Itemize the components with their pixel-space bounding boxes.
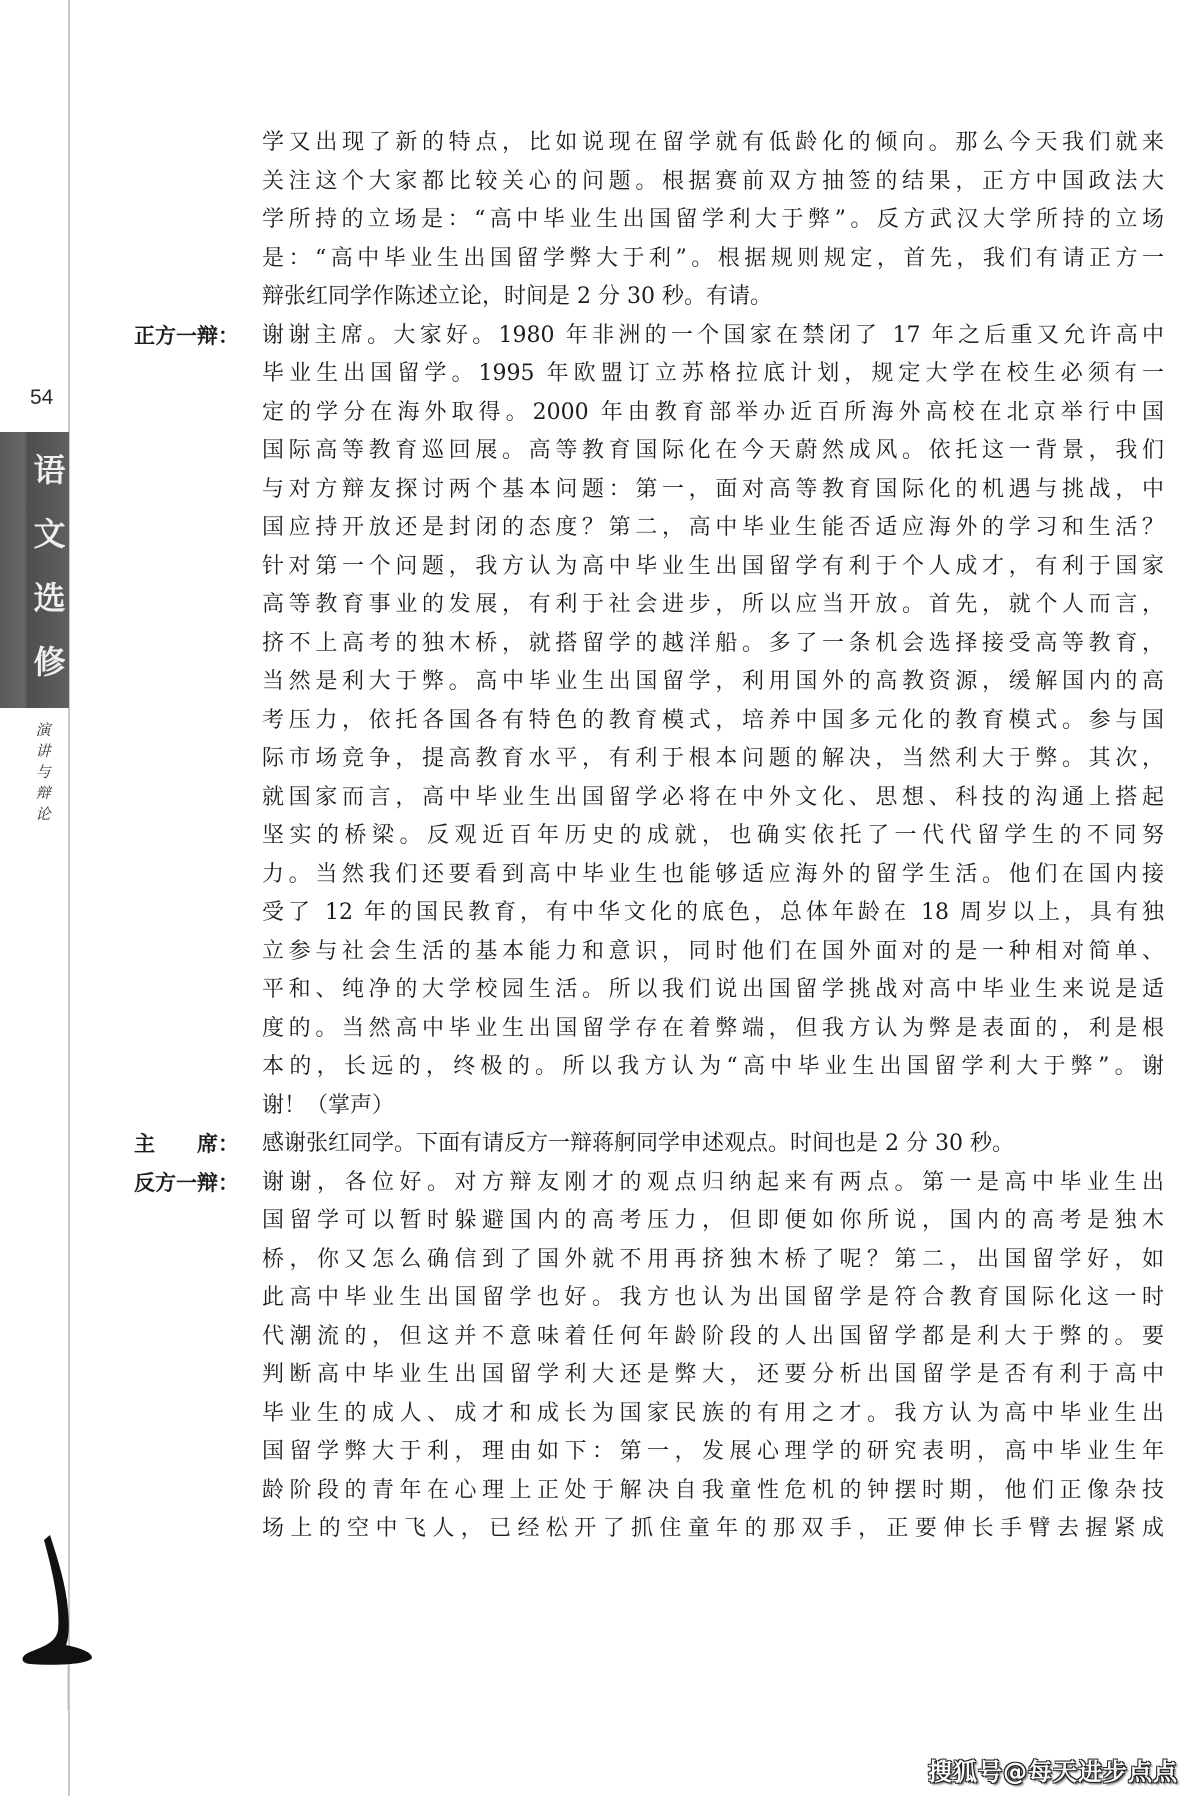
side-subtitle-char: 与	[35, 762, 50, 783]
speaker-label	[134, 124, 262, 317]
speaker-label: 主 席：	[134, 1125, 262, 1164]
text-line: 立参与社会生活的基本能力和意识，同时他们在国外面对的是一种相对简单、	[262, 933, 1164, 972]
text-line: 力。当然我们还要看到高中毕业生也能够适应海外的留学生活。他们在国内接	[262, 856, 1164, 895]
text-line: 学所持的立场是：“高中毕业生出国留学利大于弊”。反方武汉大学所持的立场	[262, 201, 1164, 240]
speaker-label: 反方一辩：	[134, 1164, 262, 1549]
side-band-char: 修	[33, 630, 65, 694]
text-line: 与对方辩友探讨两个基本问题：第一，面对高等教育国际化的机遇与挑战，中	[262, 471, 1164, 510]
text-line: 辩张红同学作陈述立论，时间是 2 分 30 秒。有请。	[262, 278, 1164, 317]
text-line: 龄阶段的青年在心理上正处于解决自我童性危机的钟摆时期，他们正像杂技	[262, 1472, 1164, 1511]
margin-rule	[68, 0, 70, 1796]
text-line: 考压力，依托各国各有特色的教育模式，培养中国多元化的教育模式。参与国	[262, 702, 1164, 741]
text-line: 际市场竞争，提高教育水平，有利于根本问题的解决，当然利大于弊。其次，	[262, 740, 1164, 779]
paragraph-chair: 主 席： 感谢张红同学。下面有请反方一辩蒋舸同学申述观点。时间也是 2 分 30…	[134, 1125, 1164, 1164]
text-line: 挤不上高考的独木桥，就搭留学的越洋船。多了一条机会选择接受高等教育，	[262, 625, 1164, 664]
text-line: 关注这个大家都比较关心的问题。根据赛前双方抽签的结果，正方中国政法大	[262, 163, 1164, 202]
text-line: 桥，你又怎么确信到了国外就不用再挤独木桥了呢？第二，出国留学好，如	[262, 1241, 1164, 1280]
side-band-char: 文	[33, 502, 65, 566]
side-band-char: 选	[33, 566, 65, 630]
watermark: 搜狐号@每天进步点点	[928, 1752, 1178, 1787]
text-line: 坚实的桥梁。反观近百年历史的成就，也确实依托了一代代留学生的不同努	[262, 817, 1164, 856]
side-band-char: 语	[33, 438, 65, 502]
text-line: 受了 12 年的国民教育，有中华文化的底色，总体年龄在 18 周岁以上，具有独	[262, 894, 1164, 933]
text-line: 代潮流的，但这并不意味着任何年龄阶段的人出国留学都是利大于弊的。要	[262, 1318, 1164, 1357]
side-band-title: 语 文 选 修	[30, 438, 69, 694]
text-line: 定的学分在海外取得。2000 年由教育部举办近百所海外高校在北京举行中国	[262, 394, 1164, 433]
speaker-label: 正方一辩：	[134, 317, 262, 1126]
brush-stroke-icon	[0, 1530, 110, 1710]
text-line: 谢谢主席。大家好。1980 年非洲的一个国家在禁闭了 17 年之后重又允许高中	[262, 317, 1164, 356]
text-line: 此高中毕业生出国留学也好。我方也认为出国留学是符合教育国际化这一时	[262, 1279, 1164, 1318]
text-line: 感谢张红同学。下面有请反方一辩蒋舸同学申述观点。时间也是 2 分 30 秒。	[262, 1125, 1164, 1164]
side-band: 语 文 选 修	[0, 432, 69, 708]
side-subtitle-char: 讲	[35, 741, 50, 762]
text-line: 针对第一个问题，我方认为高中毕业生出国留学有利于个人成才，有利于国家	[262, 548, 1164, 587]
document-body: 学又出现了新的特点，比如说现在留学就有低龄化的倾向。那么今天我们就来 关注这个大…	[134, 124, 1164, 1549]
text-line: 度的。当然高中毕业生出国留学存在着弊端，但我方认为弊是表面的，利是根	[262, 1010, 1164, 1049]
text-line: 高等教育事业的发展，有利于社会进步，所以应当开放。首先，就个人而言，	[262, 586, 1164, 625]
text-line: 国留学可以暂时躲避国内的高考压力，但即便如你所说，国内的高考是独木	[262, 1202, 1164, 1241]
side-subtitle-char: 演	[35, 720, 50, 741]
page-number: 54	[30, 386, 53, 410]
text-line: 国应持开放还是封闭的态度？第二，高中毕业生能否适应海外的学习和生活？	[262, 509, 1164, 548]
text-line: 本的，长远的，终极的。所以我方认为“高中毕业生出国留学利大于弊”。谢	[262, 1048, 1164, 1087]
paragraph-affirmative-first: 正方一辩： 谢谢主席。大家好。1980 年非洲的一个国家在禁闭了 17 年之后重…	[134, 317, 1164, 1126]
side-subtitle-char: 论	[35, 804, 50, 825]
side-subtitle: 演 讲 与 辩 论	[30, 720, 56, 825]
text-line: 国际高等教育巡回展。高等教育国际化在今天蔚然成风。依托这一背景，我们	[262, 432, 1164, 471]
text-line: 当然是利大于弊。高中毕业生出国留学，利用国外的高教资源，缓解国内的高	[262, 663, 1164, 702]
text-line: 毕业生出国留学。1995 年欧盟订立苏格拉底计划，规定大学在校生必须有一	[262, 355, 1164, 394]
text-line: 就国家而言，高中毕业生出国留学必将在中外文化、思想、科技的沟通上搭起	[262, 779, 1164, 818]
text-line: 场上的空中飞人，已经松开了抓住童年的那双手，正要伸长手臂去握紧成	[262, 1510, 1164, 1549]
text-line: 平和、纯净的大学校园生活。所以我们说出国留学挑战对高中毕业生来说是适	[262, 971, 1164, 1010]
paragraph-host-intro: 学又出现了新的特点，比如说现在留学就有低龄化的倾向。那么今天我们就来 关注这个大…	[134, 124, 1164, 317]
text-line: 谢！（掌声）	[262, 1087, 1164, 1126]
text-line: 国留学弊大于利，理由如下：第一，发展心理学的研究表明，高中毕业生年	[262, 1433, 1164, 1472]
paragraph-negative-first: 反方一辩： 谢谢，各位好。对方辩友刚才的观点归纳起来有两点。第一是高中毕业生出 …	[134, 1164, 1164, 1549]
text-line: 判断高中毕业生出国留学利大还是弊大，还要分析出国留学是否有利于高中	[262, 1356, 1164, 1395]
text-line: 学又出现了新的特点，比如说现在留学就有低龄化的倾向。那么今天我们就来	[262, 124, 1164, 163]
text-line: 谢谢，各位好。对方辩友刚才的观点归纳起来有两点。第一是高中毕业生出	[262, 1164, 1164, 1203]
text-line: 是：“高中毕业生出国留学弊大于利”。根据规则规定，首先，我们有请正方一	[262, 240, 1164, 279]
text-line: 毕业生的成人、成才和成长为国家民族的有用之才。我方认为高中毕业生出	[262, 1395, 1164, 1434]
side-subtitle-char: 辩	[35, 783, 50, 804]
